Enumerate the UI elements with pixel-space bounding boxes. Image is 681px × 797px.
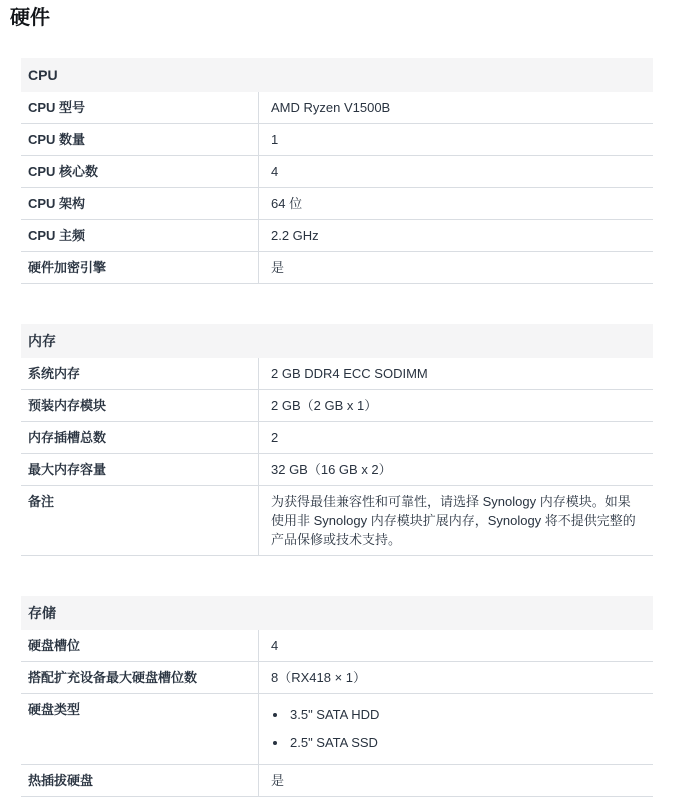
row-value: 2 GB DDR4 ECC SODIMM [258, 358, 653, 389]
row-value: 是 [258, 252, 653, 283]
row-value: 4 [258, 156, 653, 187]
row-label: 热插拔硬盘 [21, 765, 258, 796]
table-row: 预装内存模块2 GB（2 GB x 1） [21, 390, 653, 422]
spec-table: CPUCPU 型号AMD Ryzen V1500BCPU 数量1CPU 核心数4… [21, 58, 653, 284]
row-label: 硬盘类型 [21, 694, 258, 764]
row-value: 64 位 [258, 188, 653, 219]
row-value: 3.5" SATA HDD2.5" SATA SSD [258, 694, 653, 764]
table-row: CPU 数量1 [21, 124, 653, 156]
row-label: CPU 核心数 [21, 156, 258, 187]
section-header: 存储 [21, 596, 653, 630]
table-row: 最大内存容量32 GB（16 GB x 2） [21, 454, 653, 486]
row-label: 硬件加密引擎 [21, 252, 258, 283]
table-row: CPU 主频2.2 GHz [21, 220, 653, 252]
table-row: CPU 型号AMD Ryzen V1500B [21, 92, 653, 124]
spec-table: 存储硬盘槽位4搭配扩充设备最大硬盘槽位数8（RX418 × 1）硬盘类型3.5"… [21, 596, 653, 797]
row-value: 4 [258, 630, 653, 661]
row-label: CPU 架构 [21, 188, 258, 219]
row-label: 硬盘槽位 [21, 630, 258, 661]
table-row: CPU 架构64 位 [21, 188, 653, 220]
row-value: 2.2 GHz [258, 220, 653, 251]
row-value: 2 GB（2 GB x 1） [258, 390, 653, 421]
row-value: 32 GB（16 GB x 2） [258, 454, 653, 485]
row-value: 1 [258, 124, 653, 155]
table-row: 硬件加密引擎是 [21, 252, 653, 284]
row-value: AMD Ryzen V1500B [258, 92, 653, 123]
table-row: 硬盘类型3.5" SATA HDD2.5" SATA SSD [21, 694, 653, 765]
row-label: 最大内存容量 [21, 454, 258, 485]
value-list-item: 3.5" SATA HDD [288, 705, 641, 724]
section-header: 内存 [21, 324, 653, 358]
table-row: 内存插槽总数2 [21, 422, 653, 454]
row-value: 2 [258, 422, 653, 453]
spec-tables: CPUCPU 型号AMD Ryzen V1500BCPU 数量1CPU 核心数4… [0, 58, 681, 797]
table-row: 搭配扩充设备最大硬盘槽位数8（RX418 × 1） [21, 662, 653, 694]
table-row: 硬盘槽位4 [21, 630, 653, 662]
row-value: 是 [258, 765, 653, 796]
table-row: 系统内存2 GB DDR4 ECC SODIMM [21, 358, 653, 390]
row-label: 预装内存模块 [21, 390, 258, 421]
table-row: CPU 核心数4 [21, 156, 653, 188]
row-value: 为获得最佳兼容性和可靠性，请选择 Synology 内存模块。如果使用非 Syn… [258, 486, 653, 555]
row-value: 8（RX418 × 1） [258, 662, 653, 693]
spec-table: 内存系统内存2 GB DDR4 ECC SODIMM预装内存模块2 GB（2 G… [21, 324, 653, 556]
value-list: 3.5" SATA HDD2.5" SATA SSD [271, 705, 641, 752]
row-label: 内存插槽总数 [21, 422, 258, 453]
page-title: 硬件 [10, 7, 681, 30]
row-label: CPU 数量 [21, 124, 258, 155]
table-row: 备注为获得最佳兼容性和可靠性，请选择 Synology 内存模块。如果使用非 S… [21, 486, 653, 556]
row-label: 备注 [21, 486, 258, 555]
row-label: CPU 主频 [21, 220, 258, 251]
table-row: 热插拔硬盘是 [21, 765, 653, 797]
row-label: 系统内存 [21, 358, 258, 389]
row-label: CPU 型号 [21, 92, 258, 123]
row-label: 搭配扩充设备最大硬盘槽位数 [21, 662, 258, 693]
section-header: CPU [21, 58, 653, 92]
value-list-item: 2.5" SATA SSD [288, 733, 641, 752]
